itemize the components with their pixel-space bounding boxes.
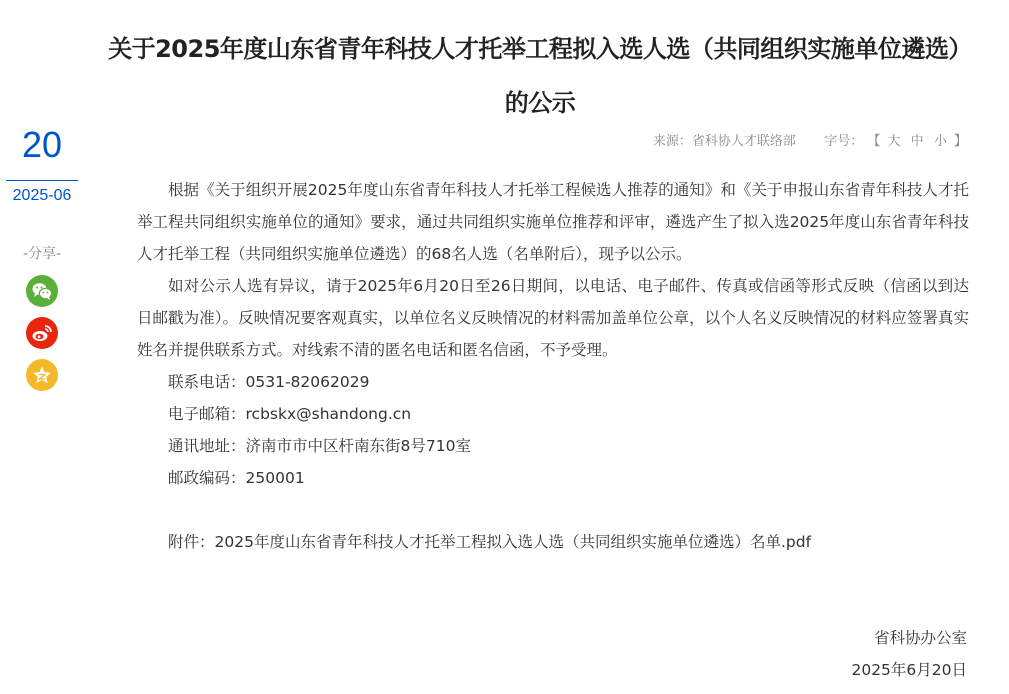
source-label: 来源： [653, 134, 692, 149]
date-divider [6, 180, 78, 181]
signature-org: 省科协办公室 [851, 622, 967, 654]
font-size-bracket-close: 】 [954, 134, 967, 149]
contact-postcode: 邮政编码：250001 [137, 462, 969, 494]
contact-email-value: rcbskx@shandong.cn [246, 405, 412, 423]
source-value: 省科协人才联络部 [692, 134, 796, 149]
publish-day: 20 [6, 122, 78, 168]
body-paragraph: 根据《关于组织开展2025年度山东省青年科技人才托举工程候选人推荐的通知》和《关… [137, 174, 969, 270]
font-size-small-button[interactable]: 小 [934, 134, 947, 149]
attachment: 附件：2025年度山东省青年科技人才托举工程拟入选人选（共同组织实施单位遴选）名… [137, 526, 969, 558]
contact-address-label: 通讯地址： [168, 437, 246, 455]
font-size-label: 字号： [824, 134, 863, 149]
weibo-icon [31, 323, 53, 343]
article-title: 关于2025年度山东省青年科技人才托举工程拟入选人选（共同组织实施单位遴选）的公… [100, 22, 980, 130]
body-paragraph: 如对公示人选有异议，请于2025年6月20日至26日期间，以电话、电子邮件、传真… [137, 270, 969, 366]
contact-address-value: 济南市市中区杆南东街8号710室 [246, 437, 471, 455]
contact-postcode-label: 邮政编码： [168, 469, 246, 487]
article-body: 根据《关于组织开展2025年度山东省青年科技人才托举工程候选人推荐的通知》和《关… [137, 174, 969, 558]
publish-year-month: 2025-06 [6, 187, 78, 205]
share-panel: -分享- [6, 243, 78, 401]
contact-phone-value: 0531-82062029 [246, 373, 370, 391]
font-size-medium-button[interactable]: 中 [911, 134, 924, 149]
share-weibo-button[interactable] [26, 317, 58, 349]
qzone-star-icon [32, 365, 52, 385]
share-wechat-button[interactable] [26, 275, 58, 307]
contact-address: 通讯地址：济南市市中区杆南东街8号710室 [137, 430, 969, 462]
share-qzone-button[interactable] [26, 359, 58, 391]
spacer [137, 494, 969, 526]
wechat-icon [31, 281, 53, 301]
signature: 省科协办公室 2025年6月20日 [851, 622, 967, 686]
attachment-link[interactable]: 2025年度山东省青年科技人才托举工程拟入选人选（共同组织实施单位遴选）名单.p… [215, 533, 812, 551]
signature-date: 2025年6月20日 [851, 654, 967, 686]
contact-phone: 联系电话：0531-82062029 [137, 366, 969, 398]
contact-phone-label: 联系电话： [168, 373, 246, 391]
contact-email-label: 电子邮箱： [168, 405, 246, 423]
share-label: -分享- [6, 243, 78, 265]
contact-email: 电子邮箱：rcbskx@shandong.cn [137, 398, 969, 430]
contact-postcode-value: 250001 [246, 469, 305, 487]
attachment-label: 附件： [168, 533, 215, 551]
article-meta: 来源：省科协人才联络部 字号： 【 大 中 小 】 [653, 130, 967, 149]
font-size-bracket-open: 【 [867, 134, 880, 149]
font-size-large-button[interactable]: 大 [888, 134, 901, 149]
publish-date: 20 2025-06 [6, 122, 78, 205]
